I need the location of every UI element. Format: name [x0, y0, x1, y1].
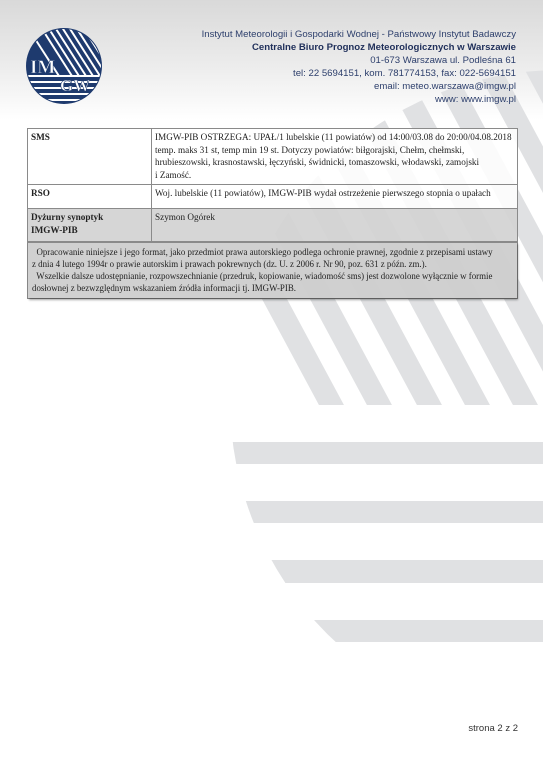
phone: tel: 22 5694151, kom. 781774153, fax: 02…	[202, 67, 516, 80]
imgw-watermark-icon	[0, 0, 543, 768]
table-row-sms: SMS IMGW-PIB OSTRZEGA: UPAŁ/1 lubelskie …	[28, 129, 517, 185]
row-value-rso: Woj. lubelskie (11 powiatów), IMGW-PIB w…	[152, 185, 517, 208]
warning-table: SMS IMGW-PIB OSTRZEGA: UPAŁ/1 lubelskie …	[27, 128, 518, 299]
institute-header: Instytut Meteorologii i Gospodarki Wodne…	[202, 28, 516, 106]
row-label-synoptic: Dyżurny synoptyk IMGW-PIB	[28, 209, 152, 241]
bureau-name: Centralne Biuro Prognoz Meteorologicznyc…	[202, 41, 516, 54]
www-link[interactable]: www: www.imgw.pl	[202, 93, 516, 106]
row-value-synoptic: Szymon Ogórek	[152, 209, 517, 241]
copyright-note: Opracowanie niniejsze i jego format, jak…	[28, 242, 517, 298]
row-value-sms: IMGW-PIB OSTRZEGA: UPAŁ/1 lubelskie (11 …	[152, 129, 517, 184]
table-row-synoptic: Dyżurny synoptyk IMGW-PIB Szymon Ogórek	[28, 209, 517, 242]
imgw-logo: IM GW	[24, 26, 104, 106]
row-label-rso: RSO	[28, 185, 152, 208]
institute-name: Instytut Meteorologii i Gospodarki Wodne…	[202, 28, 516, 41]
email-link[interactable]: email: meteo.warszawa@imgw.pl	[202, 80, 516, 93]
svg-text:IM: IM	[30, 57, 55, 78]
svg-text:GW: GW	[60, 76, 90, 95]
page-number: strona 2 z 2	[468, 723, 518, 734]
row-label-sms: SMS	[28, 129, 152, 184]
address: 01-673 Warszawa ul. Podleśna 61	[202, 54, 516, 67]
table-row-rso: RSO Woj. lubelskie (11 powiatów), IMGW-P…	[28, 185, 517, 209]
